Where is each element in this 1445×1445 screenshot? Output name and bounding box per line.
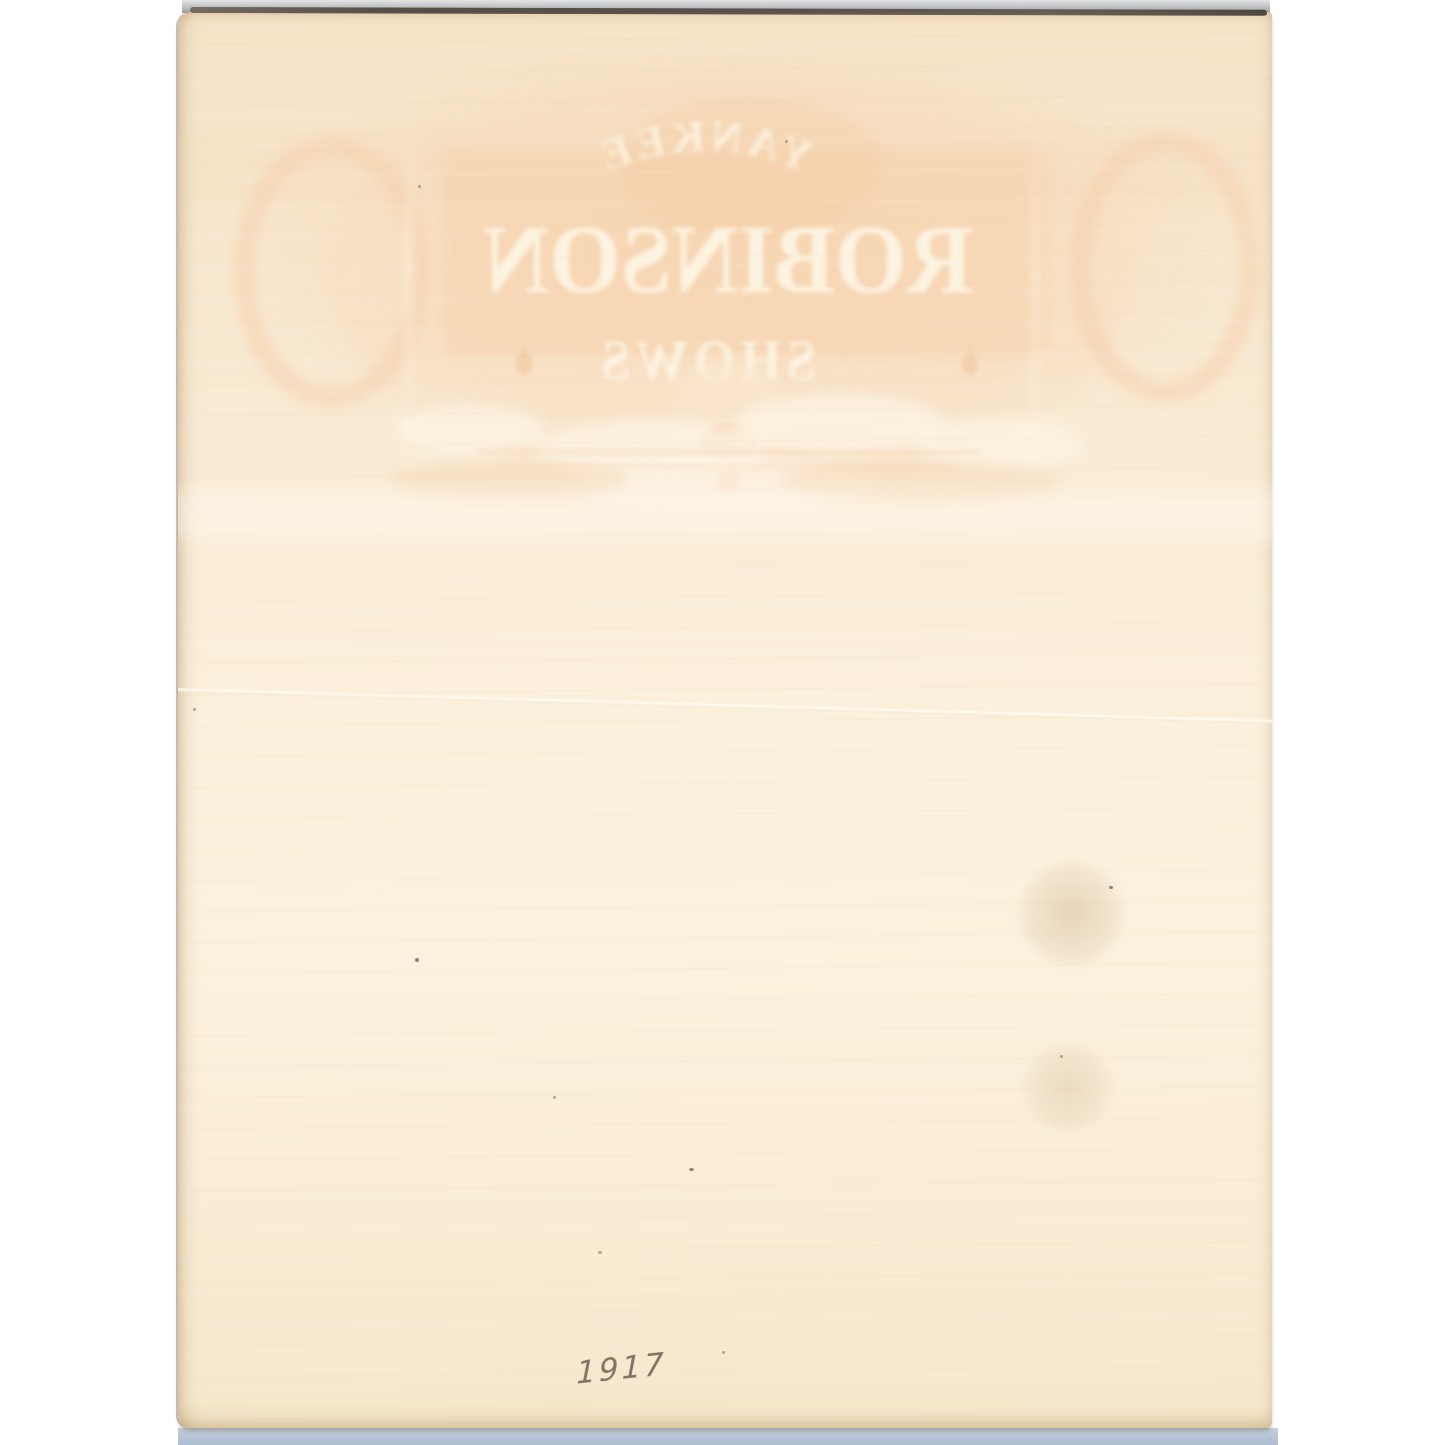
foxing-speck (722, 1351, 725, 1354)
handwritten-year: 1917 (576, 1344, 685, 1392)
paper-sheet: YANKEE ROBINSON SHOWS (178, 12, 1272, 1428)
letterhead-bleedthrough: YANKEE ROBINSON SHOWS (178, 12, 1270, 532)
foxing-speck (1109, 886, 1113, 889)
stain-blotch (1015, 860, 1127, 968)
bleed-mirror-group: YANKEE ROBINSON SHOWS (244, 72, 1250, 510)
foxing-speck (418, 185, 421, 188)
stain-blotch (1020, 1042, 1116, 1134)
foxing-speck (193, 708, 196, 711)
foxing-speck (553, 1096, 556, 1099)
foxing-speck (689, 1168, 694, 1171)
photo-canvas: YANKEE ROBINSON SHOWS (0, 0, 1445, 1445)
bleed-main-text: ROBINSON (483, 206, 973, 313)
foxing-speck (598, 1251, 602, 1254)
paper-sheen-streak (403, 82, 415, 482)
foxing-speck (785, 140, 788, 143)
paper-sheen-streak (1029, 107, 1041, 487)
fold-crease (178, 688, 1272, 724)
foxing-speck (415, 958, 419, 962)
foxing-speck (1060, 1055, 1063, 1058)
scan-background-bottom-strip (178, 1428, 1278, 1445)
